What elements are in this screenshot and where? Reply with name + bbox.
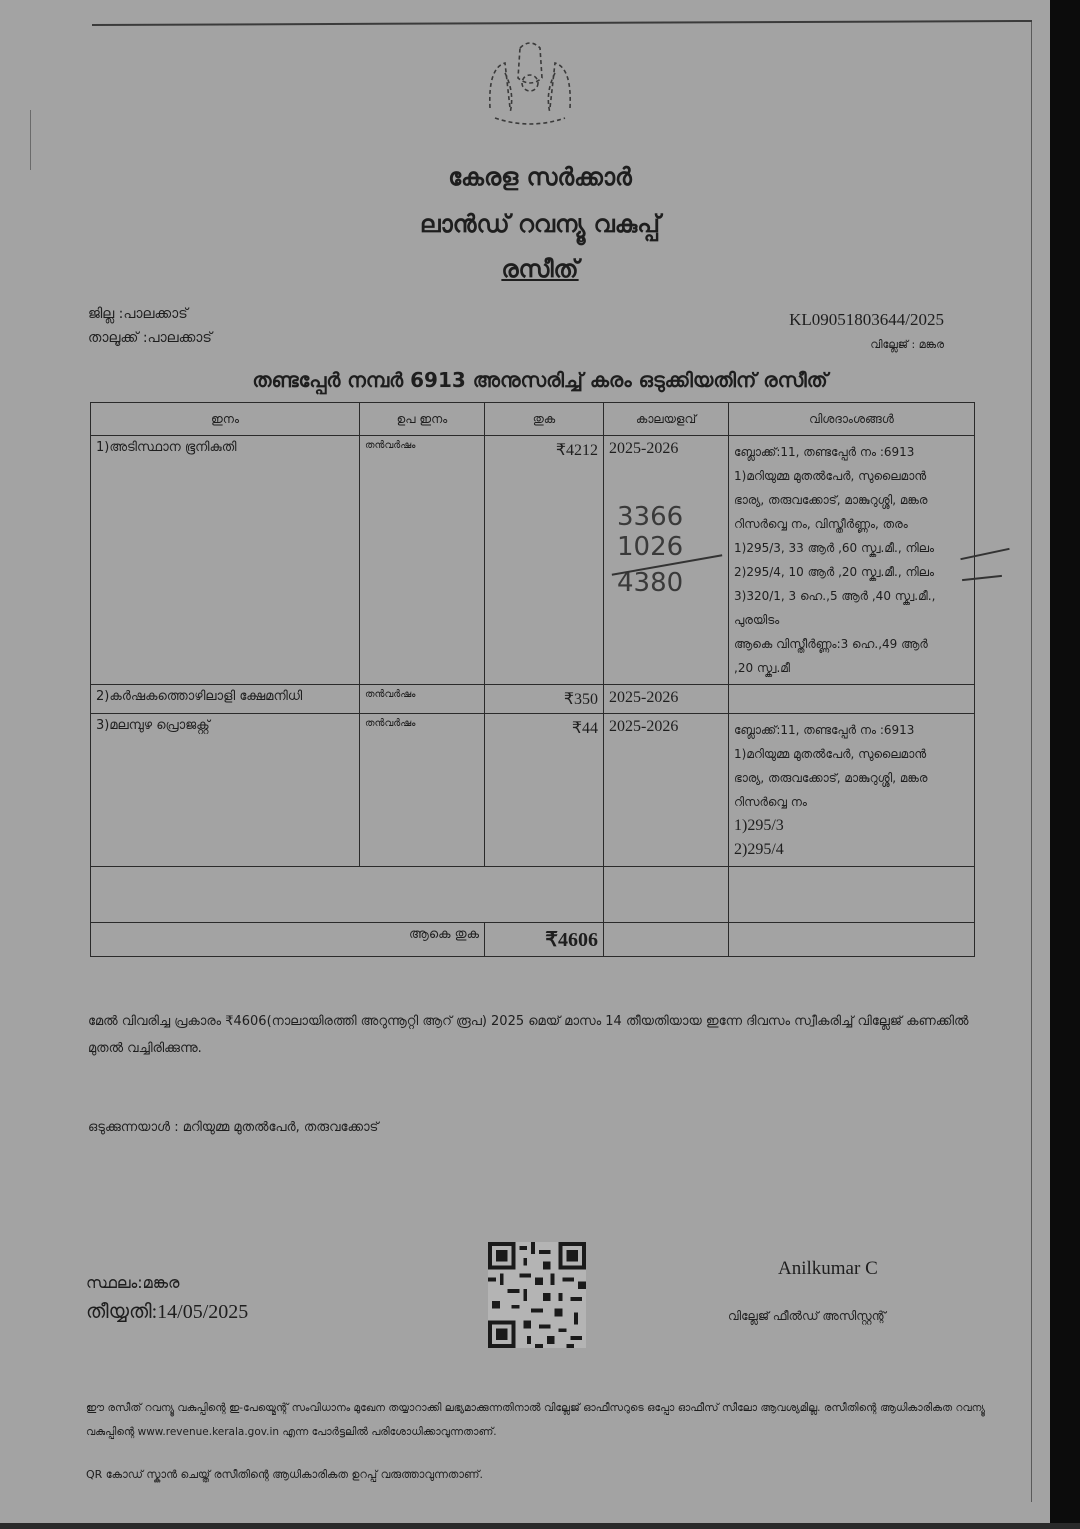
- period-cell: 2025-2026: [604, 685, 729, 714]
- receipt-statement: മേൽ വിവരിച്ച പ്രകാരം ₹4606(നാലായിരത്തി അ…: [88, 1008, 988, 1062]
- handwritten-value: 3366: [617, 502, 723, 532]
- empty-cell: [604, 923, 729, 957]
- period-cell: 2025-2026: [604, 714, 729, 867]
- detail-line: ,20 സ്ക്വ.മീ: [734, 656, 969, 680]
- table-header-row: ഇനം ഉപ ഇനം തുക കാലയളവ് വിശദാംശങ്ങൾ: [91, 403, 975, 436]
- place-label: സ്ഥലം:മങ്കര: [86, 1273, 179, 1293]
- district-label: ജില്ല :പാലക്കാട്: [88, 302, 212, 326]
- handwritten-calculation: 3366 1026 4380: [609, 502, 723, 598]
- signer-name: Anilkumar C: [778, 1258, 878, 1280]
- sub-item-cell: തൻവർഷം: [360, 436, 485, 685]
- period-text: 2025-2026: [609, 440, 678, 457]
- table-row: 2)കർഷകത്തൊഴിലാളി ക്ഷേമനിധി തൻവർഷം ₹350 2…: [91, 685, 975, 714]
- receipt-heading: തണ്ടപ്പേർ നമ്പർ 6913 അനുസരിച്ച് കരം ഒടുക…: [0, 368, 1080, 392]
- item-cell: 3)മലമ്പുഴ പ്രൊജക്റ്റ്: [91, 714, 360, 867]
- taluk-label: താലൂക്ക് :പാലക്കാട്: [88, 326, 212, 350]
- detail-line: 1)295/3: [734, 814, 969, 838]
- table-total-row: ആകെ തുക ₹4606: [91, 923, 975, 957]
- detail-line: ഭാര്യ, തരുവക്കോട്, മാങ്കുറുശ്ശി, മങ്കര: [734, 766, 969, 790]
- amount-cell: ₹44: [485, 714, 604, 867]
- detail-line: റിസർവ്വെ നം, വിസ്തീർണ്ണം, തരം: [734, 512, 969, 536]
- detail-line: ഭാര്യ, തരുവക്കോട്, മാങ്കുറുശ്ശി, മങ്കര: [734, 488, 969, 512]
- empty-cell: [91, 867, 604, 923]
- header-sub-item: ഉപ ഇനം: [360, 403, 485, 436]
- details-cell: ബ്ലോക്ക്:11, തണ്ടപ്പേർ നം :6913 1)മറിയുമ…: [729, 436, 975, 685]
- detail-line: ആകെ വിസ്തീർണ്ണം:3 ഹെ.,49 ആർ: [734, 632, 969, 656]
- header-period: കാലയളവ്: [604, 403, 729, 436]
- detail-line: 2)295/4: [734, 838, 969, 862]
- header-amount: തുക: [485, 403, 604, 436]
- government-title: കേരള സർക്കാർ: [0, 163, 1080, 191]
- details-cell: [729, 685, 975, 714]
- detail-line: 1)മറിയുമ്മ മുതൽപേർ, സുലൈമാൻ: [734, 742, 969, 766]
- page-border-top: [92, 20, 1032, 26]
- header-details: വിശദാംശങ്ങൾ: [729, 403, 975, 436]
- page-border-left-mark: [30, 110, 31, 170]
- empty-cell: [729, 923, 975, 957]
- location-block: ജില്ല :പാലക്കാട് താലൂക്ക് :പാലക്കാട്: [88, 302, 212, 350]
- item-cell: 1)അടിസ്ഥാന ഭൂനികുതി: [91, 436, 360, 685]
- background-edge-bottom: [0, 1523, 1080, 1529]
- detail-line: ബ്ലോക്ക്:11, തണ്ടപ്പേർ നം :6913: [734, 440, 969, 464]
- village-label: വില്ലേജ് : മങ്കര: [870, 338, 944, 352]
- detail-line: ബ്ലോക്ക്:11, തണ്ടപ്പേർ നം :6913: [734, 718, 969, 742]
- sub-item-cell: തൻവർഷം: [360, 714, 485, 867]
- handwritten-value: 4380: [617, 568, 723, 598]
- empty-cell: [604, 867, 729, 923]
- item-cell: 2)കർഷകത്തൊഴിലാളി ക്ഷേമനിധി: [91, 685, 360, 714]
- date-label: തീയ്യതി:14/05/2025: [86, 1301, 248, 1324]
- footer-note: ഈ രസീത് റവന്യൂ വകുപ്പിന്റെ ഇ-പേയ്മെന്റ് …: [86, 1396, 986, 1444]
- sub-item-cell: തൻവർഷം: [360, 685, 485, 714]
- document-type-title: രസീത്: [0, 255, 1080, 283]
- signer-designation: വില്ലേജ് ഫീൽഡ് അസിസ്റ്റന്റ്: [728, 1309, 886, 1324]
- amount-cell: ₹350: [485, 685, 604, 714]
- table-row: 1)അടിസ്ഥാന ഭൂനികുതി തൻവർഷം ₹4212 2025-20…: [91, 436, 975, 685]
- tax-items-table: ഇനം ഉപ ഇനം തുക കാലയളവ് വിശദാംശങ്ങൾ 1)അടി…: [90, 402, 975, 957]
- table-empty-row: [91, 867, 975, 923]
- receipt-number: KL09051803644/2025: [789, 310, 944, 330]
- table-row: 3)മലമ്പുഴ പ്രൊജക്റ്റ് തൻവർഷം ₹44 2025-20…: [91, 714, 975, 867]
- period-cell: 2025-2026 3366 1026 4380: [604, 436, 729, 685]
- empty-cell: [729, 867, 975, 923]
- total-amount: ₹4606: [485, 923, 604, 957]
- detail-line: 2)295/4, 10 ആർ ,20 സ്ക്വ.മീ., നിലം: [734, 560, 969, 584]
- detail-line: പുരയിടം: [734, 608, 969, 632]
- payer-line: ഒടുക്കുന്നയാൾ : മറിയുമ്മ മുതൽപേർ, തരുവക്…: [88, 1120, 378, 1135]
- total-label: ആകെ തുക: [91, 923, 485, 957]
- department-title: ലാൻഡ് റവന്യൂ വകുപ്പ്: [0, 210, 1080, 238]
- qr-code-icon[interactable]: [488, 1242, 586, 1348]
- detail-line: 1)295/3, 33 ആർ ,60 സ്ക്വ.മീ., നിലം: [734, 536, 969, 560]
- receipt-paper: കേരള സർക്കാർ ലാൻഡ് റവന്യൂ വകുപ്പ് രസീത് …: [0, 0, 1050, 1529]
- kerala-state-emblem-icon: [470, 38, 590, 128]
- footer-qr-note: QR കോഡ് സ്കാൻ ചെയ്ത് രസീതിന്റെ ആധികാരികത…: [86, 1468, 483, 1482]
- details-cell: ബ്ലോക്ക്:11, തണ്ടപ്പേർ നം :6913 1)മറിയുമ…: [729, 714, 975, 867]
- amount-cell: ₹4212: [485, 436, 604, 685]
- page-border-right: [1031, 22, 1032, 1502]
- header-item: ഇനം: [91, 403, 360, 436]
- detail-line: റിസർവ്വെ നം: [734, 790, 969, 814]
- background-edge: [1050, 0, 1080, 1529]
- detail-line: 1)മറിയുമ്മ മുതൽപേർ, സുലൈമാൻ: [734, 464, 969, 488]
- detail-line: 3)320/1, 3 ഹെ.,5 ആർ ,40 സ്ക്വ.മീ.,: [734, 584, 969, 608]
